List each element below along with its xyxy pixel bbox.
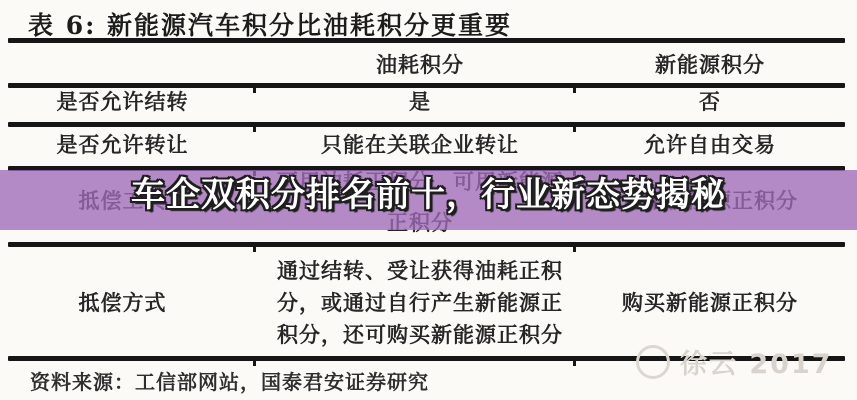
report-table-page: 表 6: 新能源汽车积分比油耗积分更重要 油耗积分 新能源积分 是否允许结转 是…: [0, 0, 857, 400]
cell-offset-method-nev: 购买新能源正积分: [578, 288, 842, 318]
cell-offset-method-fuel-line3: 积分，还可购买新能源正积分: [255, 320, 585, 350]
row-label-carryover: 是否允许结转: [10, 87, 235, 117]
source-note: 资料来源：工信部网站，国泰君安证券研究: [30, 366, 429, 395]
row-label-transfer: 是否允许转让: [10, 130, 235, 160]
column-header-fuel-credits: 油耗积分: [255, 50, 585, 80]
watermark-text: 徐云 2017: [680, 342, 833, 381]
cell-offset-method-fuel-line2: 分，或通过自行产生新能源正: [255, 288, 585, 318]
cell-transfer-nev: 允许自由交易: [578, 130, 842, 160]
divider-header: [8, 83, 845, 88]
divider-row3: [8, 242, 845, 247]
cell-carryover-fuel: 是: [255, 87, 585, 117]
cell-transfer-fuel: 只能在关联企业转让: [255, 130, 585, 160]
divider-title: [8, 38, 845, 43]
watermark: 徐云 2017: [636, 342, 833, 381]
headline-banner-text[interactable]: 车企双积分排名前十，行业新态势揭秘: [0, 176, 857, 214]
row-label-offset-method: 抵偿方式: [10, 288, 235, 318]
watermark-logo-icon: [636, 345, 670, 379]
cell-carryover-nev: 否: [578, 87, 842, 117]
column-header-nev-credits: 新能源积分: [578, 50, 842, 80]
cell-offset-method-fuel-line1: 通过结转、受让获得油耗正积: [255, 256, 585, 286]
divider-row1: [8, 122, 845, 127]
table-title: 表 6: 新能源汽车积分比油耗积分更重要: [28, 6, 512, 42]
